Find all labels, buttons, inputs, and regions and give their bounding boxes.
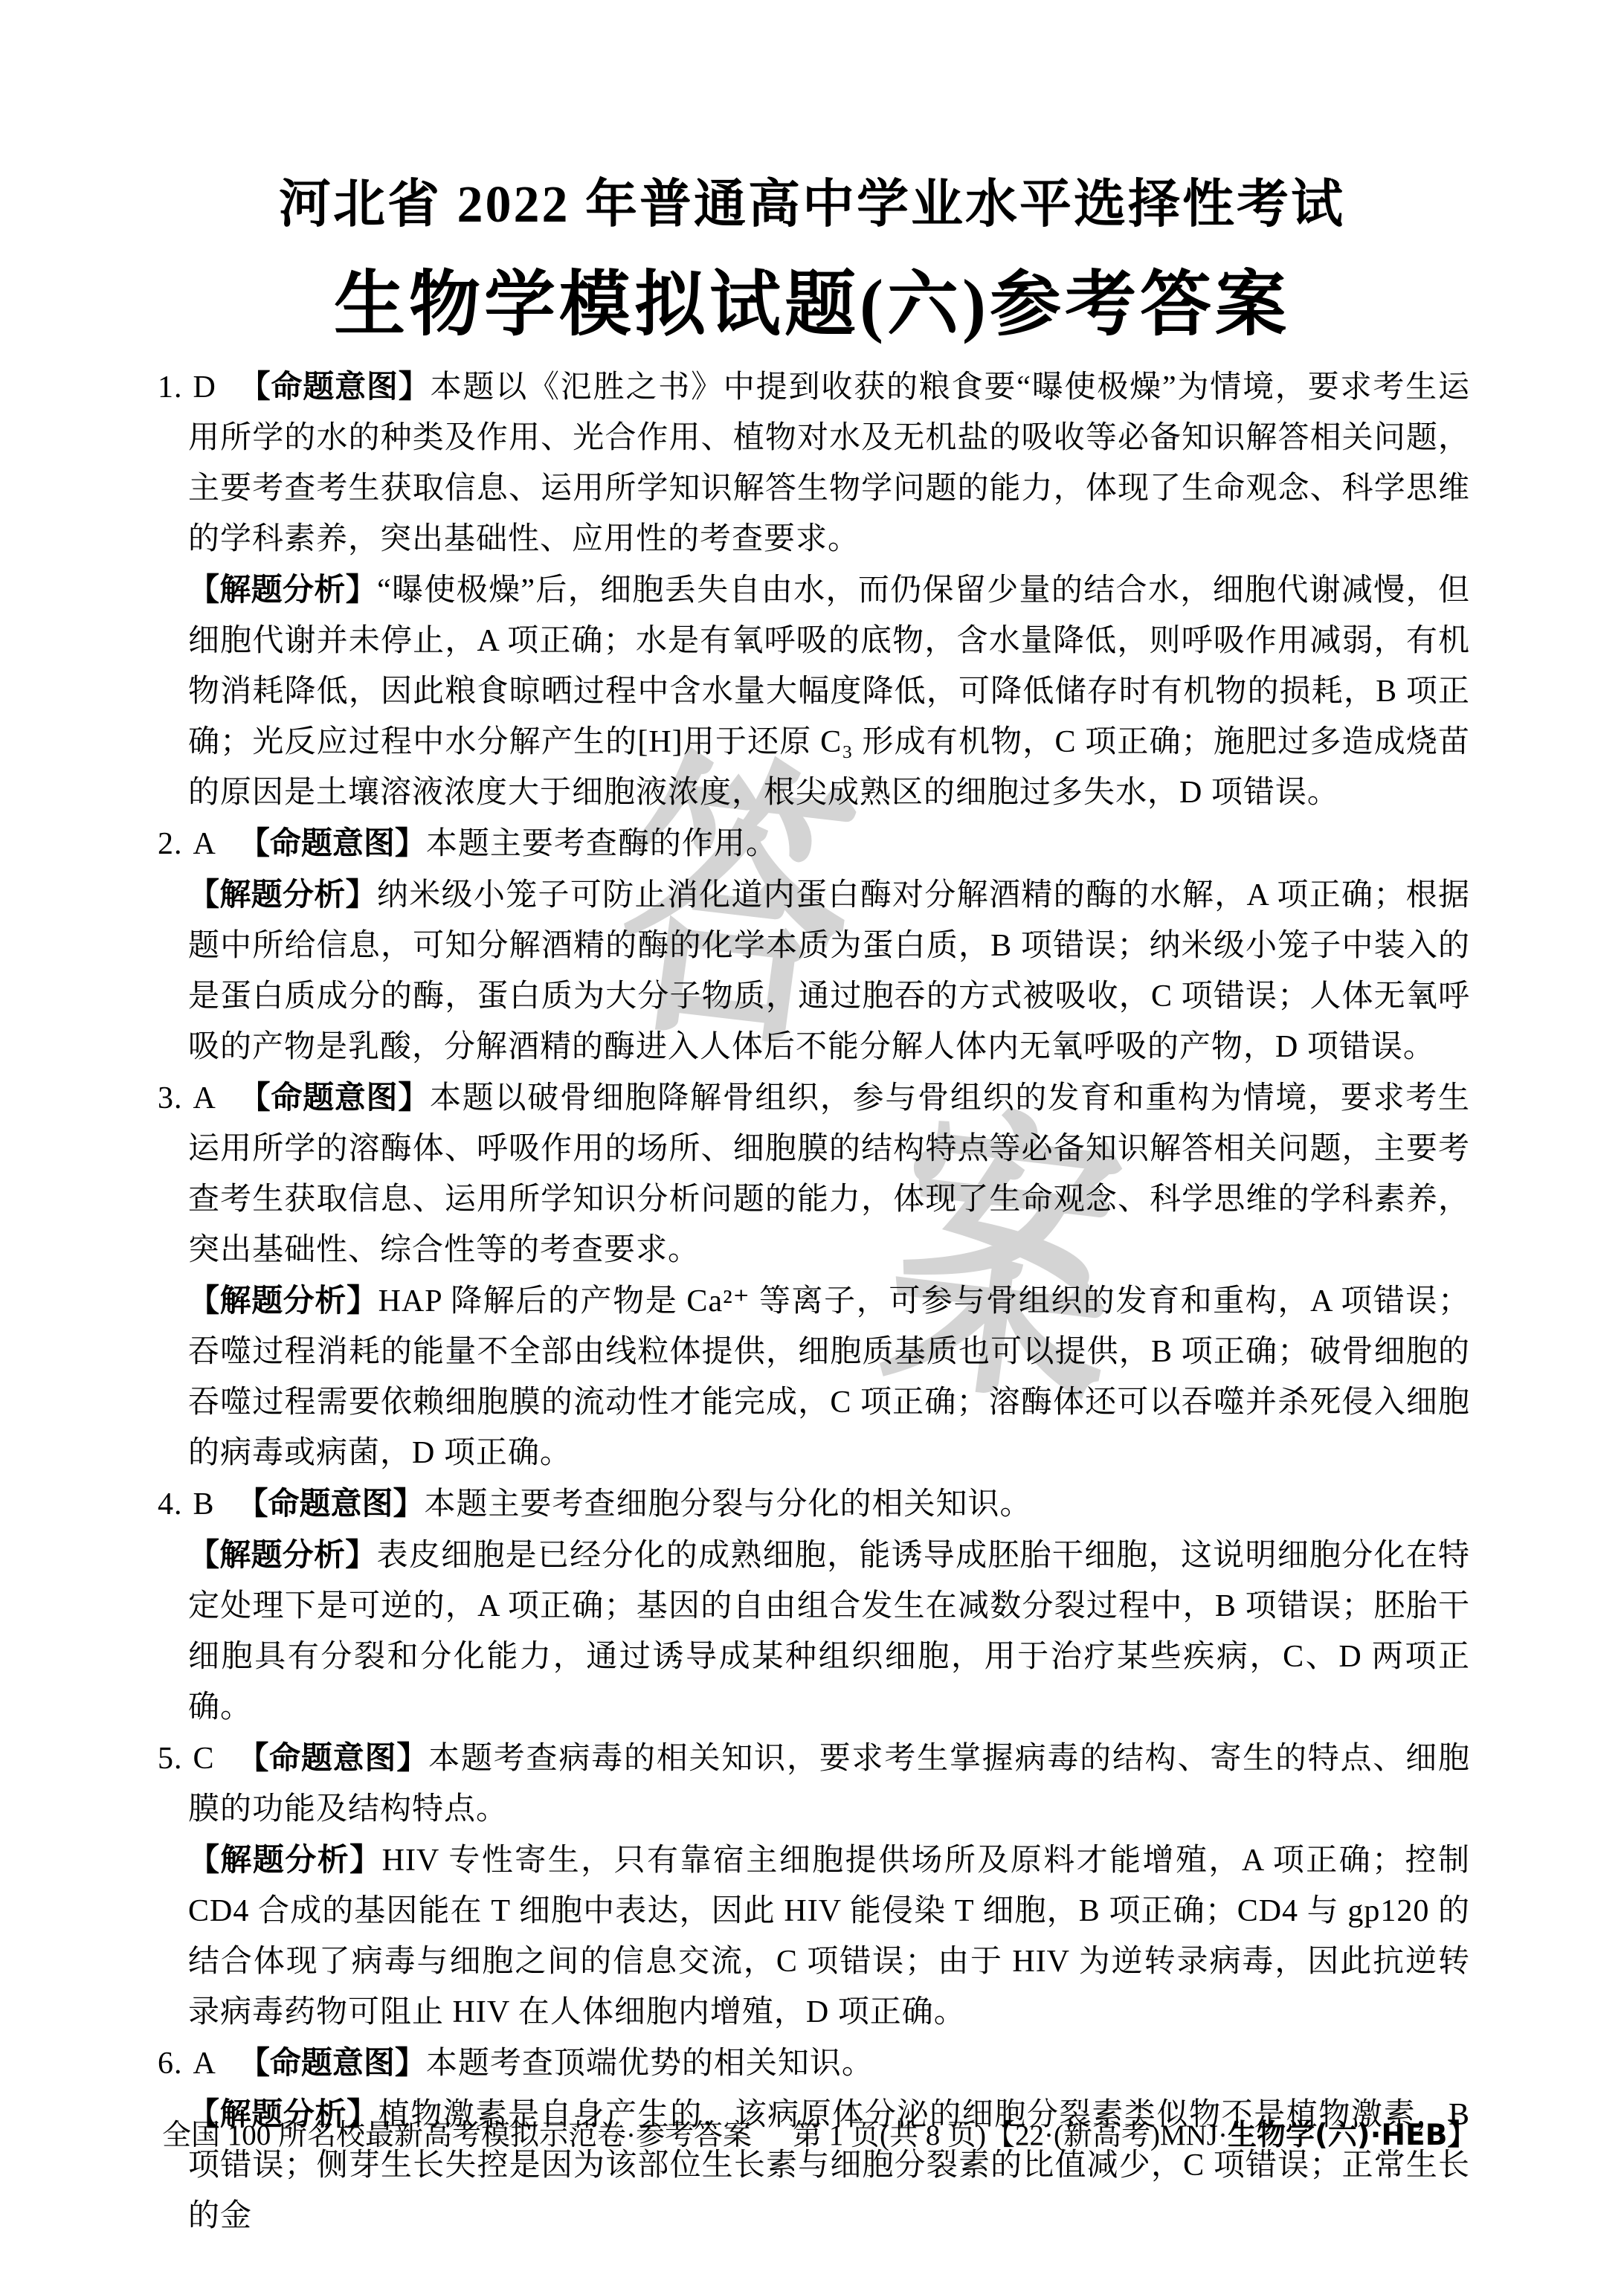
answer-letter: B: [193, 1487, 215, 1522]
footer-code-main: 生物学(六)·HEB】: [1228, 2119, 1476, 2152]
intent-text: 本题主要考查酶的作用。: [426, 827, 778, 861]
question-number: 4.: [158, 1487, 183, 1522]
analysis-label: 【解题分析】: [188, 1282, 378, 1318]
analysis-paragraph: 【解题分析】“曝使极燥”后，细胞丢失自由水，而仍保留少量的结合水，细胞代谢减慢，…: [158, 564, 1470, 818]
answer-sheet-page: 答 案 河北省 2022 年普通高中学业水平选择性考试 生物学模拟试题(六)参考…: [0, 0, 1624, 2283]
question-number: 2.: [158, 827, 183, 861]
intent-label: 【命题意图】: [237, 1485, 425, 1522]
analysis-label: 【解题分析】: [188, 1536, 377, 1573]
footer-exam-code: 【22·(新高考)MNJ·生物学(六)·HEB】: [986, 2113, 1476, 2158]
intent-paragraph: 3.A【命题意图】本题以破骨细胞降解骨组织，参与骨组织的发育和重构为情境，要求考…: [158, 1072, 1470, 1275]
intent-label: 【命题意图】: [239, 825, 426, 861]
answer-letter: A: [193, 827, 216, 861]
analysis-label: 【解题分析】: [188, 876, 377, 912]
page-subtitle: 生物学模拟试题(六)参考答案: [0, 248, 1624, 350]
footer-source: 全国 100 所名校最新高考模拟示范卷·参考答案: [162, 2113, 752, 2158]
answer-letter: C: [193, 1742, 215, 1776]
intent-paragraph: 4.B【命题意图】本题主要考查细胞分裂与分化的相关知识。: [158, 1478, 1470, 1530]
intent-label: 【命题意图】: [239, 2044, 426, 2081]
intent-text: 本题主要考查细胞分裂与分化的相关知识。: [425, 1487, 1032, 1522]
answer-item-1: 1.D【命题意图】本题以《氾胜之书》中提到收获的粮食要“曝使极燥”为情境，要求考…: [158, 361, 1470, 818]
answer-letter: A: [193, 2047, 216, 2081]
intent-paragraph: 5.C【命题意图】本题考查病毒的相关知识，要求考生掌握病毒的结构、寄生的特点、细…: [158, 1733, 1470, 1835]
analysis-text: 表皮细胞是已经分化的成熟细胞，能诱导成胚胎干细胞，这说明细胞分化在特定处理下是可…: [188, 1539, 1470, 1725]
page-footer: 全国 100 所名校最新高考模拟示范卷·参考答案 第 1 页(共 8 页) 【2…: [162, 2113, 1475, 2158]
analysis-paragraph: 【解题分析】HAP 降解后的产物是 Ca²⁺ 等离子，可参与骨组织的发育和重构，…: [158, 1275, 1470, 1478]
analysis-paragraph: 【解题分析】纳米级小笼子可防止消化道内蛋白酶对分解酒精的酶的水解，A 项正确；根…: [158, 869, 1470, 1072]
footer-code-prefix: 【22·(新高考)MNJ·: [986, 2119, 1228, 2151]
analysis-text: “曝使极燥”后，细胞丢失自由水，而仍保留少量的结合水，细胞代谢减慢，但细胞代谢并…: [188, 573, 1470, 810]
footer-page-number: 第 1 页(共 8 页): [793, 2113, 986, 2158]
question-number: 5.: [158, 1742, 183, 1776]
analysis-paragraph: 【解题分析】植物激素是自身产生的，该病原体分泌的细胞分裂素类似物不是植物激素，B…: [158, 2089, 1470, 2241]
intent-label: 【命题意图】: [237, 1739, 429, 1776]
intent-label: 【命题意图】: [239, 368, 431, 405]
analysis-paragraph: 【解题分析】HIV 专性寄生，只有靠宿主细胞提供场所及原料才能增殖，A 项正确；…: [158, 1835, 1470, 2038]
intent-paragraph: 2.A【命题意图】本题主要考查酶的作用。: [158, 818, 1470, 869]
answers-list: 1.D【命题意图】本题以《氾胜之书》中提到收获的粮食要“曝使极燥”为情境，要求考…: [158, 361, 1470, 2241]
answer-item-5: 5.C【命题意图】本题考查病毒的相关知识，要求考生掌握病毒的结构、寄生的特点、细…: [158, 1733, 1470, 2038]
answer-item-4: 4.B【命题意图】本题主要考查细胞分裂与分化的相关知识。 【解题分析】表皮细胞是…: [158, 1478, 1470, 1733]
intent-paragraph: 6.A【命题意图】本题考查顶端优势的相关知识。: [158, 2038, 1470, 2089]
answer-item-3: 3.A【命题意图】本题以破骨细胞降解骨组织，参与骨组织的发育和重构为情境，要求考…: [158, 1072, 1470, 1478]
answer-item-2: 2.A【命题意图】本题主要考查酶的作用。 【解题分析】纳米级小笼子可防止消化道内…: [158, 818, 1470, 1072]
question-number: 3.: [158, 1081, 183, 1115]
analysis-text: HAP 降解后的产物是 Ca²⁺ 等离子，可参与骨组织的发育和重构，A 项错误；…: [188, 1284, 1470, 1470]
question-number: 6.: [158, 2047, 183, 2081]
intent-text: 本题考查顶端优势的相关知识。: [426, 2047, 874, 2081]
analysis-paragraph: 【解题分析】表皮细胞是已经分化的成熟细胞，能诱导成胚胎干细胞，这说明细胞分化在特…: [158, 1530, 1470, 1733]
page-title: 河北省 2022 年普通高中学业水平选择性考试: [0, 0, 1624, 237]
answer-letter: A: [193, 1081, 216, 1115]
header: 河北省 2022 年普通高中学业水平选择性考试 生物学模拟试题(六)参考答案: [0, 0, 1624, 350]
intent-label: 【命题意图】: [239, 1079, 430, 1115]
intent-paragraph: 1.D【命题意图】本题以《氾胜之书》中提到收获的粮食要“曝使极燥”为情境，要求考…: [158, 361, 1470, 564]
answer-letter: D: [193, 370, 216, 405]
analysis-label: 【解题分析】: [188, 1841, 382, 1878]
question-number: 1.: [158, 370, 183, 405]
analysis-text: 纳米级小笼子可防止消化道内蛋白酶对分解酒精的酶的水解，A 项正确；根据题中所给信…: [188, 878, 1470, 1064]
analysis-label: 【解题分析】: [188, 571, 377, 608]
